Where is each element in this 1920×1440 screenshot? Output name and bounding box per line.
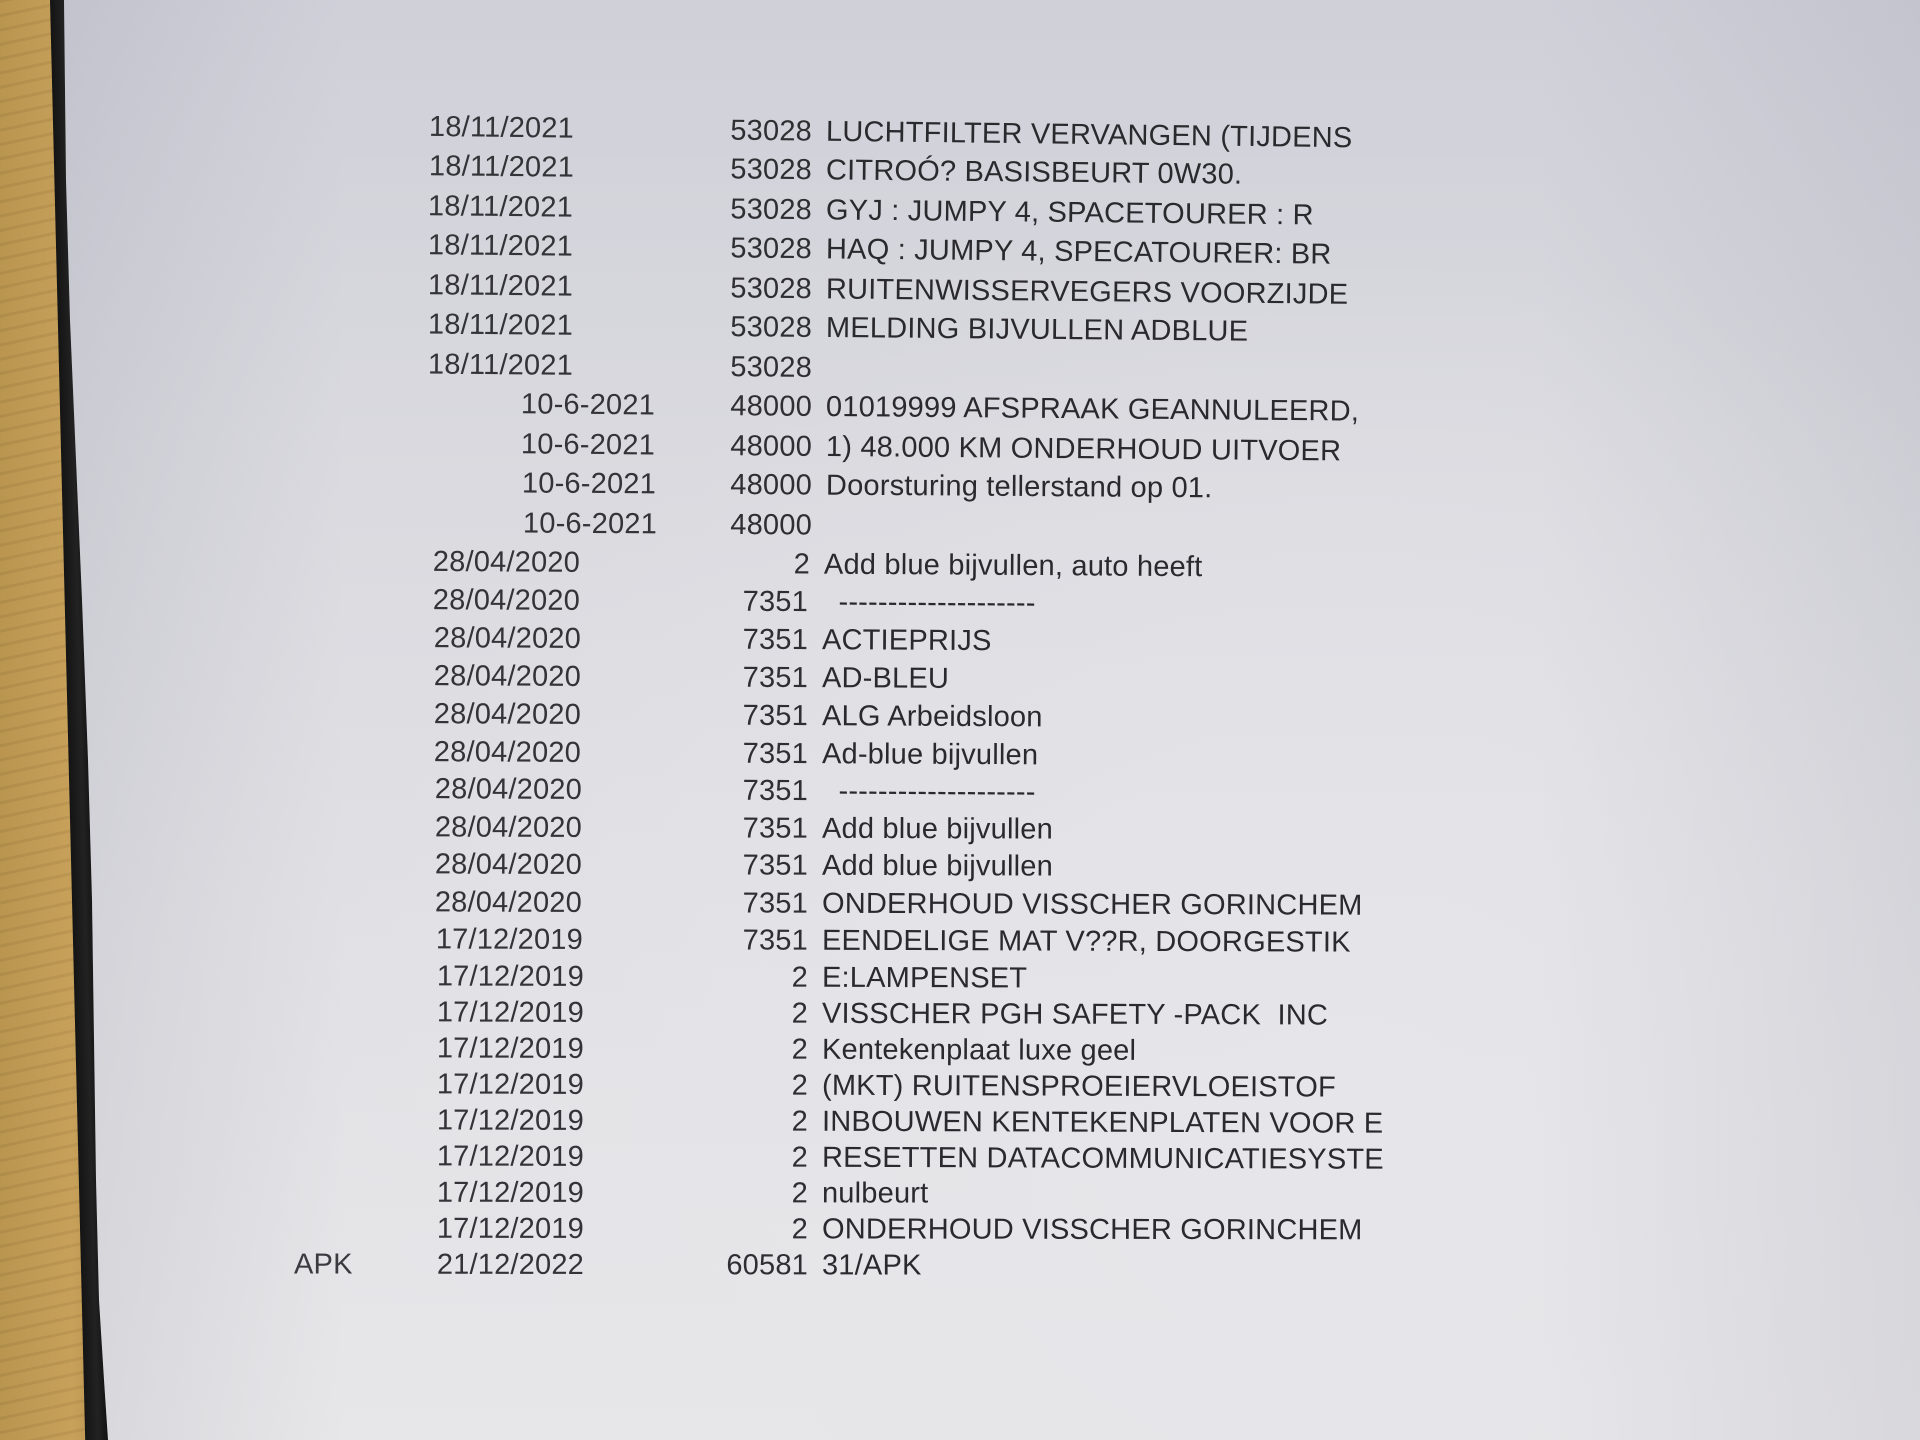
row-date: 18/11/2021 [373, 267, 573, 305]
row-km: 7351 [688, 885, 808, 921]
row-description: -------------------- [822, 773, 1036, 810]
row-date: 10-6-2021 [456, 465, 656, 502]
row-date: 18/11/2021 [373, 227, 573, 265]
photo-scene: 18/11/202153028LUCHTFILTER VERVANGEN (TI… [0, 0, 1920, 1440]
row-description: Kentekenplaat luxe geel [822, 1032, 1136, 1069]
row-date: 17/12/2019 [384, 994, 584, 1031]
row-description: MELDING BIJVULLEN ADBLUE [826, 310, 1249, 350]
table-row: 28/04/20207351ALG Arbeidsloon [0, 694, 1500, 738]
row-date: 18/11/2021 [373, 306, 573, 344]
row-description: ONDERHOUD VISSCHER GORINCHEM [822, 886, 1363, 924]
row-description: (MKT) RUITENSPROEIERVLOEISTOF [822, 1068, 1336, 1106]
row-description: HAQ : JUMPY 4, SPECATOURER: BR [826, 231, 1332, 272]
row-date: 10-6-2021 [457, 505, 657, 542]
table-row: 17/12/20192Kentekenplaat luxe geel [0, 1029, 1500, 1070]
row-description: EENDELIGE MAT V??R, DOORGESTIK [822, 923, 1351, 961]
row-date: 28/04/2020 [381, 658, 581, 695]
row-date: 28/04/2020 [381, 696, 581, 733]
row-date: 28/04/2020 [380, 543, 580, 580]
row-date: 28/04/2020 [381, 620, 581, 657]
row-date: 17/12/2019 [384, 1066, 584, 1103]
row-date: 17/12/2019 [384, 1030, 584, 1067]
row-km: 48000 [692, 428, 812, 465]
row-date: 17/12/2019 [384, 1175, 584, 1211]
row-km: 53028 [692, 151, 812, 188]
row-date: 17/12/2019 [384, 1211, 584, 1247]
row-description: RUITENWISSERVEGERS VOORZIJDE [826, 271, 1349, 312]
row-date: 28/04/2020 [382, 846, 582, 883]
maintenance-history-list: 18/11/202153028LUCHTFILTER VERVANGEN (TI… [0, 0, 1920, 1440]
row-date: 18/11/2021 [374, 148, 574, 186]
row-date: 28/04/2020 [380, 582, 580, 619]
row-date: 17/12/2019 [383, 921, 583, 958]
row-km: 53028 [692, 270, 812, 307]
row-km: 2 [688, 1067, 808, 1103]
row-date: 21/12/2022 [384, 1247, 584, 1283]
row-km: 2 [690, 546, 810, 583]
row-description: nulbeurt [822, 1175, 928, 1211]
row-description: Add blue bijvullen [822, 811, 1053, 848]
row-description: RESETTEN DATACOMMUNICATIESYSTE [822, 1140, 1384, 1178]
row-date: 17/12/2019 [384, 1102, 584, 1139]
row-km: 7351 [688, 583, 808, 620]
row-km: 2 [688, 1211, 808, 1247]
row-date: 28/04/2020 [382, 771, 582, 808]
row-description: INBOUWEN KENTEKENPLATEN VOOR E [822, 1104, 1384, 1142]
row-km: 2 [688, 995, 808, 1031]
row-km: 2 [688, 959, 808, 995]
row-description: -------------------- [822, 584, 1036, 621]
table-row: 17/12/20192VISSCHER PGH SAFETY -PACK INC [0, 993, 1500, 1034]
row-km: 2 [688, 1103, 808, 1139]
row-description: ALG Arbeidsloon [822, 698, 1043, 735]
row-date: 18/11/2021 [373, 188, 573, 226]
row-km: 48000 [692, 388, 812, 425]
row-description: ONDERHOUD VISSCHER GORINCHEM [822, 1211, 1363, 1248]
row-date: 17/12/2019 [384, 958, 584, 995]
row-km: 7351 [688, 810, 808, 846]
row-description: LUCHTFILTER VERVANGEN (TIJDENS [826, 114, 1353, 156]
row-km: 48000 [692, 507, 812, 544]
table-row: APK21/12/20226058131/APK [0, 1246, 1500, 1285]
row-description: Add blue bijvullen, auto heeft [824, 547, 1203, 586]
table-row: 17/12/20192ONDERHOUD VISSCHER GORINCHEM [0, 1210, 1500, 1249]
row-km: 7351 [688, 735, 808, 772]
row-km: 53028 [692, 112, 812, 149]
row-description: 31/APK [822, 1247, 922, 1283]
table-row: 10-6-202148000 [0, 502, 1500, 548]
row-km: 53028 [692, 349, 812, 386]
row-description: E:LAMPENSET [822, 960, 1027, 997]
row-description: Doorsturing tellerstand op 01. [826, 468, 1213, 507]
row-date: 18/11/2021 [373, 346, 573, 384]
table-row: 17/12/20192INBOUWEN KENTEKENPLATEN VOOR … [0, 1101, 1500, 1142]
row-date: 17/12/2019 [384, 1138, 584, 1175]
table-row: 17/12/20192nulbeurt [0, 1174, 1500, 1213]
table-row: 17/12/20197351EENDELIGE MAT V??R, DOORGE… [0, 920, 1500, 961]
table-row: 28/04/20207351 -------------------- [0, 769, 1500, 813]
row-description: Ad-blue bijvullen [822, 736, 1038, 773]
table-row: 17/12/20192RESETTEN DATACOMMUNICATIESYST… [0, 1137, 1500, 1178]
row-description: VISSCHER PGH SAFETY -PACK INC [822, 996, 1328, 1034]
row-description: AD-BLEU [822, 660, 949, 697]
row-date: 28/04/2020 [382, 809, 582, 846]
row-km: 53028 [692, 230, 812, 267]
table-row: 28/04/20207351ONDERHOUD VISSCHER GORINCH… [0, 883, 1500, 924]
row-label: APK [294, 1246, 353, 1282]
row-date: 18/11/2021 [374, 108, 574, 146]
row-description: GYJ : JUMPY 4, SPACETOURER : R [826, 192, 1314, 233]
row-km: 7351 [688, 659, 808, 696]
row-km: 7351 [688, 621, 808, 658]
row-km: 2 [688, 1175, 808, 1211]
row-km: 53028 [692, 309, 812, 346]
row-description: 01019999 AFSPRAAK GEANNULEERD, [826, 389, 1359, 430]
row-description: ACTIEPRIJS [822, 622, 992, 659]
row-km: 48000 [692, 467, 812, 504]
row-date: 10-6-2021 [455, 386, 655, 424]
table-row: 28/04/20207351AD-BLEU [0, 656, 1500, 700]
table-row: 28/04/20207351Add blue bijvullen [0, 808, 1500, 849]
row-date: 10-6-2021 [455, 426, 655, 464]
table-row: 28/04/20207351 -------------------- [0, 580, 1500, 624]
row-km: 2 [688, 1139, 808, 1175]
table-row: 28/04/20207351ACTIEPRIJS [0, 618, 1500, 662]
row-km: 7351 [688, 847, 808, 883]
row-km: 7351 [688, 922, 808, 958]
row-description: CITROÓ? BASISBEURT 0W30. [826, 152, 1243, 192]
table-row: 17/12/20192(MKT) RUITENSPROEIERVLOEISTOF [0, 1065, 1500, 1106]
table-row: 28/04/20207351Add blue bijvullen [0, 845, 1500, 886]
row-km: 7351 [688, 697, 808, 734]
row-description: Add blue bijvullen [822, 848, 1053, 885]
row-date: 28/04/2020 [382, 884, 582, 921]
row-km: 53028 [692, 191, 812, 228]
row-km: 60581 [688, 1247, 808, 1283]
row-km: 7351 [688, 772, 808, 809]
row-km: 2 [688, 1031, 808, 1067]
row-description: 1) 48.000 KM ONDERHOUD UITVOER [826, 429, 1342, 469]
table-row: 17/12/20192E:LAMPENSET [0, 957, 1500, 998]
row-date: 28/04/2020 [381, 734, 581, 771]
